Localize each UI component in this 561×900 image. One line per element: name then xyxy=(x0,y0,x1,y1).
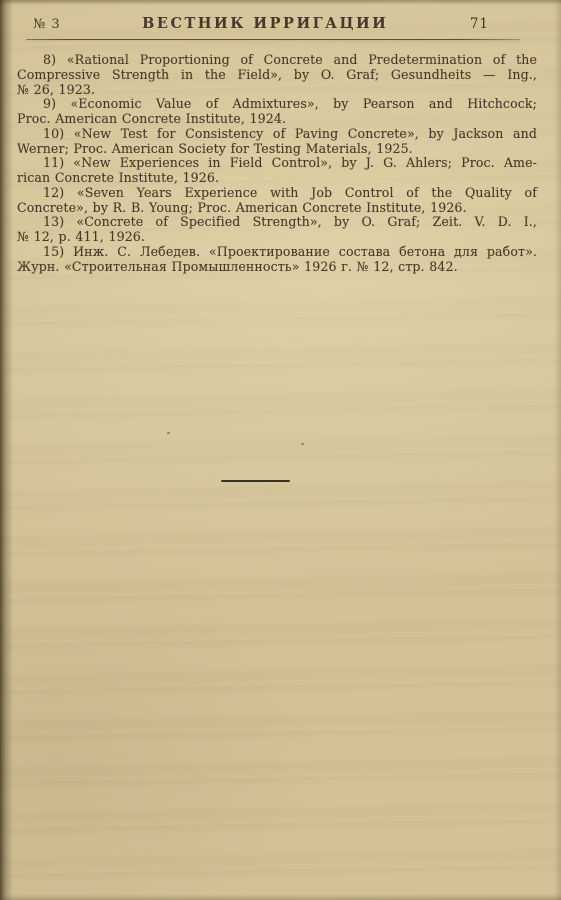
bibliography: 8) «Rational Proportioning of Concrete a… xyxy=(17,53,537,274)
scanned-journal-page: № 3 ВЕСТНИК ИРРИГАЦИИ 71 8) «Rational Pr… xyxy=(0,0,561,900)
bibliography-line: № 26, 1923. xyxy=(17,83,537,98)
bibliography-line: 13) «Concrete of Specified Strength», by… xyxy=(17,215,537,230)
bibliography-line: Proc. American Concrete Institute, 1924. xyxy=(17,112,537,127)
bibliography-line: Concrete», by R. B. Young; Proc. America… xyxy=(17,201,537,216)
bibliography-line: 8) «Rational Proportioning of Concrete a… xyxy=(17,53,537,68)
section-separator-rule xyxy=(221,480,290,482)
bibliography-line: 9) «Economic Value of Admixtures», by Pe… xyxy=(17,97,537,112)
bibliography-line: Compressive Strength in the Field», by O… xyxy=(17,68,537,83)
bibliography-line: 11) «New Experiences in Field Control», … xyxy=(17,156,537,171)
bibliography-line: 15) Инж. С. Лебедев. «Проектирование сос… xyxy=(17,245,537,260)
journal-title: ВЕСТНИК ИРРИГАЦИИ xyxy=(142,15,388,32)
paper-speck xyxy=(167,432,170,434)
page-number: 71 xyxy=(470,16,489,32)
issue-number: № 3 xyxy=(33,17,61,32)
bibliography-line: rican Concrete Institute, 1926. xyxy=(17,171,537,186)
bibliography-line: 12) «Seven Years Experience with Job Con… xyxy=(17,186,537,201)
scan-edge-shadow-left xyxy=(0,0,13,900)
bibliography-line: Werner; Proc. American Society for Testi… xyxy=(17,142,537,157)
scan-edge-shadow-top xyxy=(0,0,561,5)
paper-speck xyxy=(301,443,304,445)
scan-edge-shadow-right xyxy=(554,0,561,900)
bibliography-line: № 12, p. 411, 1926. xyxy=(17,230,537,245)
bibliography-line: 10) «New Test for Consistency of Paving … xyxy=(17,127,537,142)
scan-edge-shadow-bottom xyxy=(0,894,561,900)
header-rule xyxy=(26,39,520,40)
page-header: № 3 ВЕСТНИК ИРРИГАЦИИ 71 xyxy=(33,15,489,32)
bibliography-line: Журн. «Строительная Промышленность» 1926… xyxy=(17,260,537,275)
